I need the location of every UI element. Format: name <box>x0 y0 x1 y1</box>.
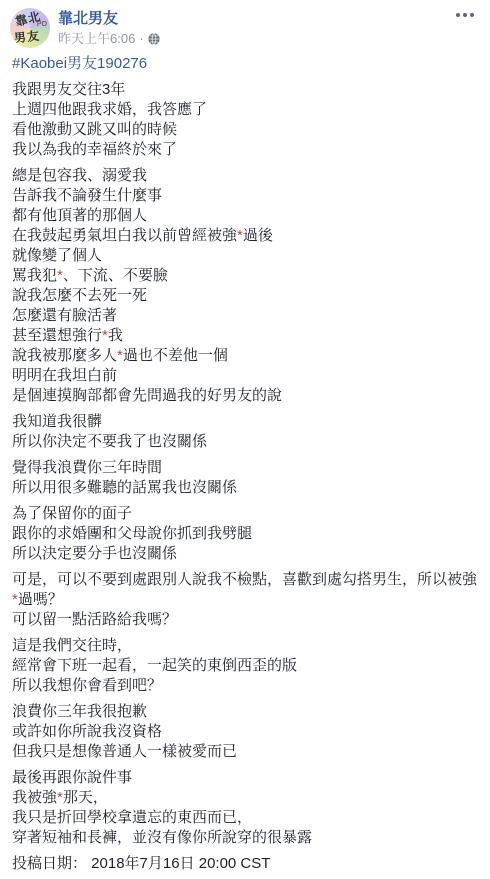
text-line: 在我鼓起勇氣坦白我以前曾經被強*過後 <box>12 226 478 246</box>
paragraph: 這是我們交往時，經常會下班一起看，一起笑的東倒西歪的版所以我想你會看到吧？ <box>12 636 478 696</box>
text-line: 甚至還想強行*我 <box>12 326 478 346</box>
page-avatar[interactable]: 靠北 PO 男友 <box>10 8 50 48</box>
censor-asterisk: * <box>117 347 123 364</box>
text-line: 總是包容我、溺愛我 <box>12 166 478 186</box>
post-body: 我跟男友交往3年上週四他跟我求婚，我答應了看他激動又跳又叫的時候我以為我的幸福終… <box>12 80 478 848</box>
text-line: 我跟男友交往3年 <box>12 80 478 100</box>
text-line: 所以你決定不要我了也沒關係 <box>12 432 478 452</box>
post-date: 投稿日期： 2018年7月16日 20:00 CST <box>12 854 478 874</box>
post-header: 靠北 PO 男友 靠北男友 昨天上午6:06 · <box>0 0 490 50</box>
ellipsis-dot <box>456 13 460 17</box>
text-line: 這是我們交往時， <box>12 636 478 656</box>
header-text: 靠北男友 昨天上午6:06 · <box>58 8 160 47</box>
paragraph: 我跟男友交往3年上週四他跟我求婚，我答應了看他激動又跳又叫的時候我以為我的幸福終… <box>12 80 478 160</box>
text-line: 明明在我坦白前 <box>12 366 478 386</box>
text-line: 跟你的求婚團和父母說你抓到我劈腿 <box>12 524 478 544</box>
text-line: 說我怎麼不去死一死 <box>12 286 478 306</box>
hashtag-link[interactable]: #Kaobei男友190276 <box>12 54 147 74</box>
censor-asterisk: * <box>57 267 63 284</box>
text-line: 罵我犯*、下流、不要臉 <box>12 266 478 286</box>
text-line: 為了保留你的面子 <box>12 504 478 524</box>
paragraph: 浪費你三年我很抱歉或許如你所說我沒資格但我只是想像普通人一樣被愛而已 <box>12 702 478 762</box>
text-line: 穿著短袖和長褲，並沒有像你所說穿的很暴露 <box>12 828 478 848</box>
text-line: 但我只是想像普通人一樣被愛而已 <box>12 742 478 762</box>
ellipsis-dot <box>463 13 467 17</box>
meta-separator: · <box>139 30 143 47</box>
text-line: 我只是折回學校拿遺忘的東西而已， <box>12 808 478 828</box>
page-name-link[interactable]: 靠北男友 <box>58 9 160 28</box>
text-line: 我知道我很髒 <box>12 412 478 432</box>
more-options-button[interactable] <box>454 8 476 22</box>
paragraph: 覺得我浪費你三年時間所以用很多難聽的話罵我也沒關係 <box>12 458 478 498</box>
text-line: 或許如你所說我沒資格 <box>12 722 478 742</box>
text-line: 看他激動又跳又叫的時候 <box>12 120 478 140</box>
text-line: 是個連摸胸部都會先問過我的好男友的說 <box>12 386 478 406</box>
paragraph: 總是包容我、溺愛我告訴我不論發生什麼事都有他頂著的那個人在我鼓起勇氣坦白我以前曾… <box>12 166 478 406</box>
censor-asterisk: * <box>57 789 63 806</box>
avatar-text-bottom: 男友 <box>13 27 41 47</box>
text-line: 所以我想你會看到吧？ <box>12 676 478 696</box>
text-line: 浪費你三年我很抱歉 <box>12 702 478 722</box>
text-line: 說我被那麼多人*過也不差他一個 <box>12 346 478 366</box>
post-content: #Kaobei男友190276 我跟男友交往3年上週四他跟我求婚，我答應了看他激… <box>0 50 490 874</box>
text-line: 最後再跟你說件事 <box>12 768 478 788</box>
text-line: 告訴我不論發生什麼事 <box>12 186 478 206</box>
censor-asterisk: * <box>12 591 18 608</box>
ellipsis-dot <box>470 13 474 17</box>
paragraph: 最後再跟你說件事我被強*那天，我只是折回學校拿遺忘的東西而已，穿著短袖和長褲，並… <box>12 768 478 848</box>
text-line: 怎麼還有臉活著 <box>12 306 478 326</box>
text-line: 覺得我浪費你三年時間 <box>12 458 478 478</box>
censor-asterisk: * <box>237 227 243 244</box>
text-line: 所以用很多難聽的話罵我也沒關係 <box>12 478 478 498</box>
timestamp-link[interactable]: 昨天上午6:06 <box>58 30 135 47</box>
text-line: 都有他頂著的那個人 <box>12 206 478 226</box>
globe-icon <box>148 33 160 45</box>
censor-asterisk: * <box>102 327 108 344</box>
text-line: 所以決定要分手也沒關係 <box>12 544 478 564</box>
text-line: 上週四他跟我求婚，我答應了 <box>12 100 478 120</box>
paragraph: 可是，可以不要到處跟別人說我不檢點，喜歡到處勾搭男生，所以被強*過嗎？可以留一點… <box>12 570 478 630</box>
text-line: 經常會下班一起看，一起笑的東倒西歪的版 <box>12 656 478 676</box>
text-line: 可以留一點活路給我嗎？ <box>12 610 478 630</box>
text-line: 就像變了個人 <box>12 246 478 266</box>
text-line: 我被強*那天， <box>12 788 478 808</box>
post-meta: 昨天上午6:06 · <box>58 30 160 47</box>
facebook-post-card: 靠北 PO 男友 靠北男友 昨天上午6:06 · <box>0 0 490 879</box>
paragraph: 我知道我很髒所以你決定不要我了也沒關係 <box>12 412 478 452</box>
paragraph: 為了保留你的面子跟你的求婚團和父母說你抓到我劈腿所以決定要分手也沒關係 <box>12 504 478 564</box>
text-line: 可是，可以不要到處跟別人說我不檢點，喜歡到處勾搭男生，所以被強*過嗎？ <box>12 570 478 610</box>
text-line: 我以為我的幸福終於來了 <box>12 140 478 160</box>
